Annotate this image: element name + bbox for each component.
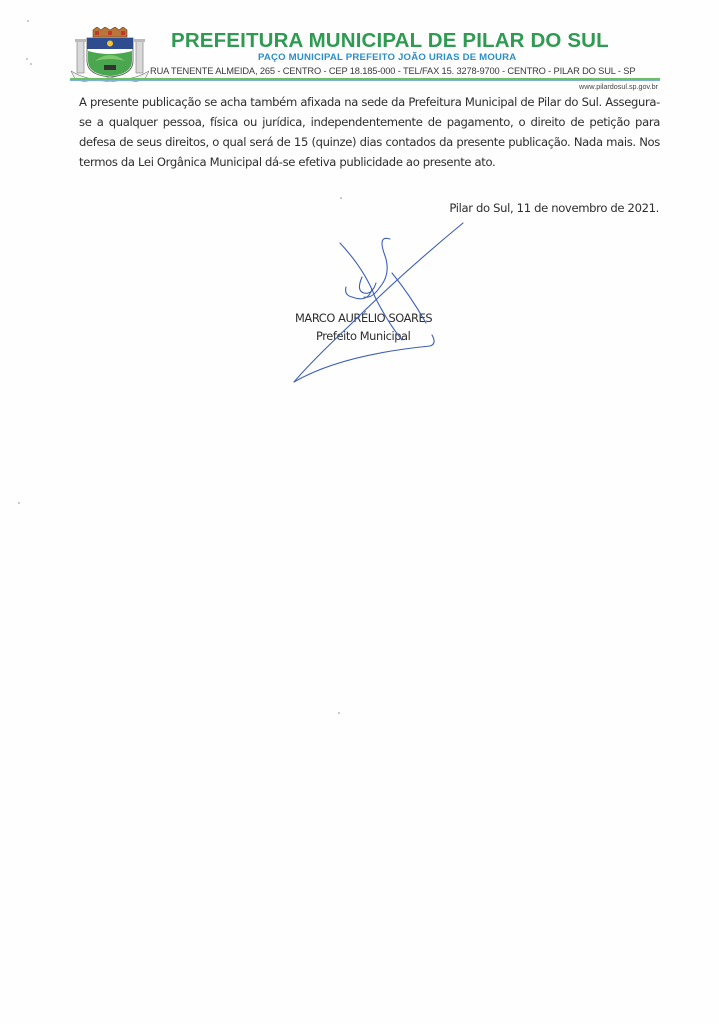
handwritten-signature bbox=[280, 215, 480, 395]
scan-speck bbox=[338, 712, 340, 714]
coat-of-arms-icon bbox=[71, 27, 149, 82]
header-title: PREFEITURA MUNICIPAL DE PILAR DO SUL bbox=[171, 29, 609, 53]
document-page: PREFEITURA MUNICIPAL DE PILAR DO SUL PAÇ… bbox=[0, 0, 719, 1024]
scan-speck bbox=[26, 58, 28, 60]
publication-paragraph: A presente publicação se acha também afi… bbox=[79, 92, 660, 172]
header-subtitle: PAÇO MUNICIPAL PREFEITO JOÃO URIAS DE MO… bbox=[258, 52, 516, 63]
header-divider-blue bbox=[70, 80, 660, 81]
place-date: Pilar do Sul, 11 de novembro de 2021. bbox=[449, 201, 659, 215]
header-website: www.pilardosul.sp.gov.br bbox=[579, 82, 658, 91]
header-address: RUA TENENTE ALMEIDA, 265 - CENTRO - CEP … bbox=[150, 66, 635, 76]
scan-speck bbox=[340, 197, 342, 199]
signer-name: MARCO AURÉLIO SOARES bbox=[295, 311, 432, 325]
scan-speck bbox=[18, 502, 20, 504]
scan-speck bbox=[30, 63, 32, 65]
scan-speck bbox=[27, 20, 29, 22]
signer-role: Prefeito Municipal bbox=[316, 329, 410, 343]
